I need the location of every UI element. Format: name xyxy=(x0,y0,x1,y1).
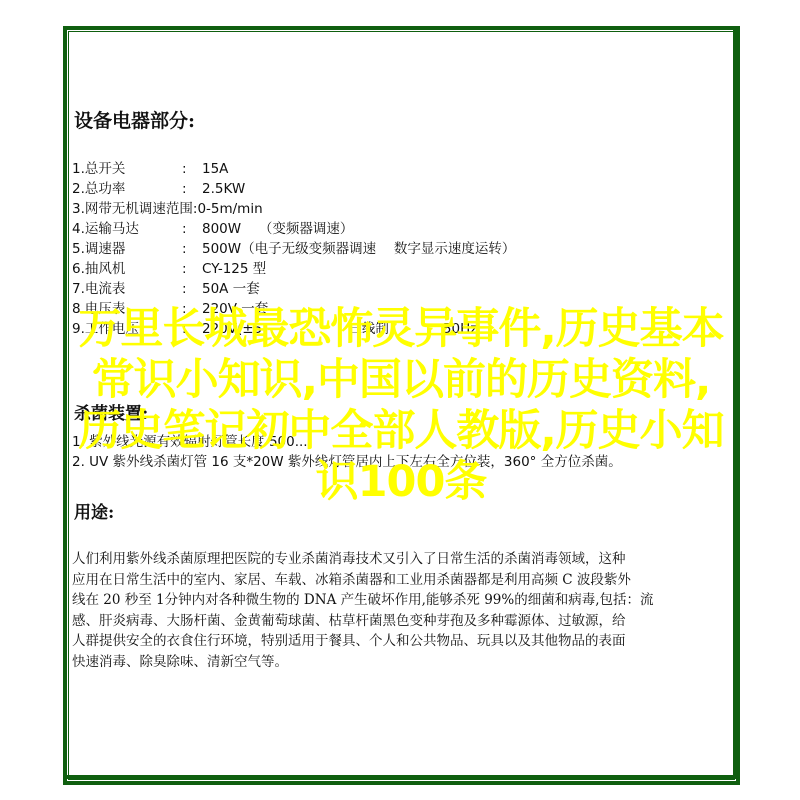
overlay-title-line: 常识小知识,中国以前的历史资料, xyxy=(6,355,796,406)
overlay-title-line: 识100条 xyxy=(6,457,796,508)
paragraph-line: 应用在日常生活中的室内、家居、车载、冰箱杀菌器和工业用杀菌器都是利用高频 C 波… xyxy=(72,570,654,591)
paragraph-line: 人群提供安全的衣食住行环境，特别适用于餐具、个人和公共物品、玩具以及其他物品的表… xyxy=(72,631,654,652)
paragraph-line: 人们利用紫外线杀菌原理把医院的专业杀菌消毒技术又引入了日常生活的杀菌消毒领域，这… xyxy=(72,549,654,570)
overlay-title-line: 万里长城最恐怖灵异事件,历史基本 xyxy=(6,304,796,355)
paragraph-line: 线在 20 秒至 1分钟内对各种微生物的 DNA 产生破坏作用,能够杀死 99%… xyxy=(72,590,654,611)
paragraph-line: 感、肝炎病毒、大肠杆菌、金黄葡萄球菌、枯草杆菌黑色变种芽孢及多种霉源体、过敏源，… xyxy=(72,611,654,632)
paragraph-line: 快速消毒、除臭除味、清新空气等。 xyxy=(72,652,654,673)
spec-item: 7.电流表:50A 一套 xyxy=(72,279,515,299)
equipment-heading: 设备电器部分: xyxy=(74,106,195,133)
frame-shadow-bottom xyxy=(66,775,737,779)
spec-item: 1.总开关:15A xyxy=(72,159,515,179)
spec-item: 5.调速器:500W（电子无级变频器调速 数字显示速度运转） xyxy=(72,239,515,259)
spec-item: 4.运输马达:800W （变频器调速） xyxy=(72,219,515,239)
spec-item: 3.网带无机调速范围:0-5m/min xyxy=(72,199,515,219)
overlay-title-line: 历史笔记初中全部人教版,历史小知 xyxy=(6,406,796,457)
spec-item: 2.总功率:2.5KW xyxy=(72,179,515,199)
overlay-title: 万里长城最恐怖灵异事件,历史基本 常识小知识,中国以前的历史资料, 历史笔记初中… xyxy=(6,304,796,508)
usage-paragraph: 人们利用紫外线杀菌原理把医院的专业杀菌消毒技术又引入了日常生活的杀菌消毒领域，这… xyxy=(72,549,654,673)
spec-item: 6.抽风机:CY-125 型 xyxy=(72,259,515,279)
